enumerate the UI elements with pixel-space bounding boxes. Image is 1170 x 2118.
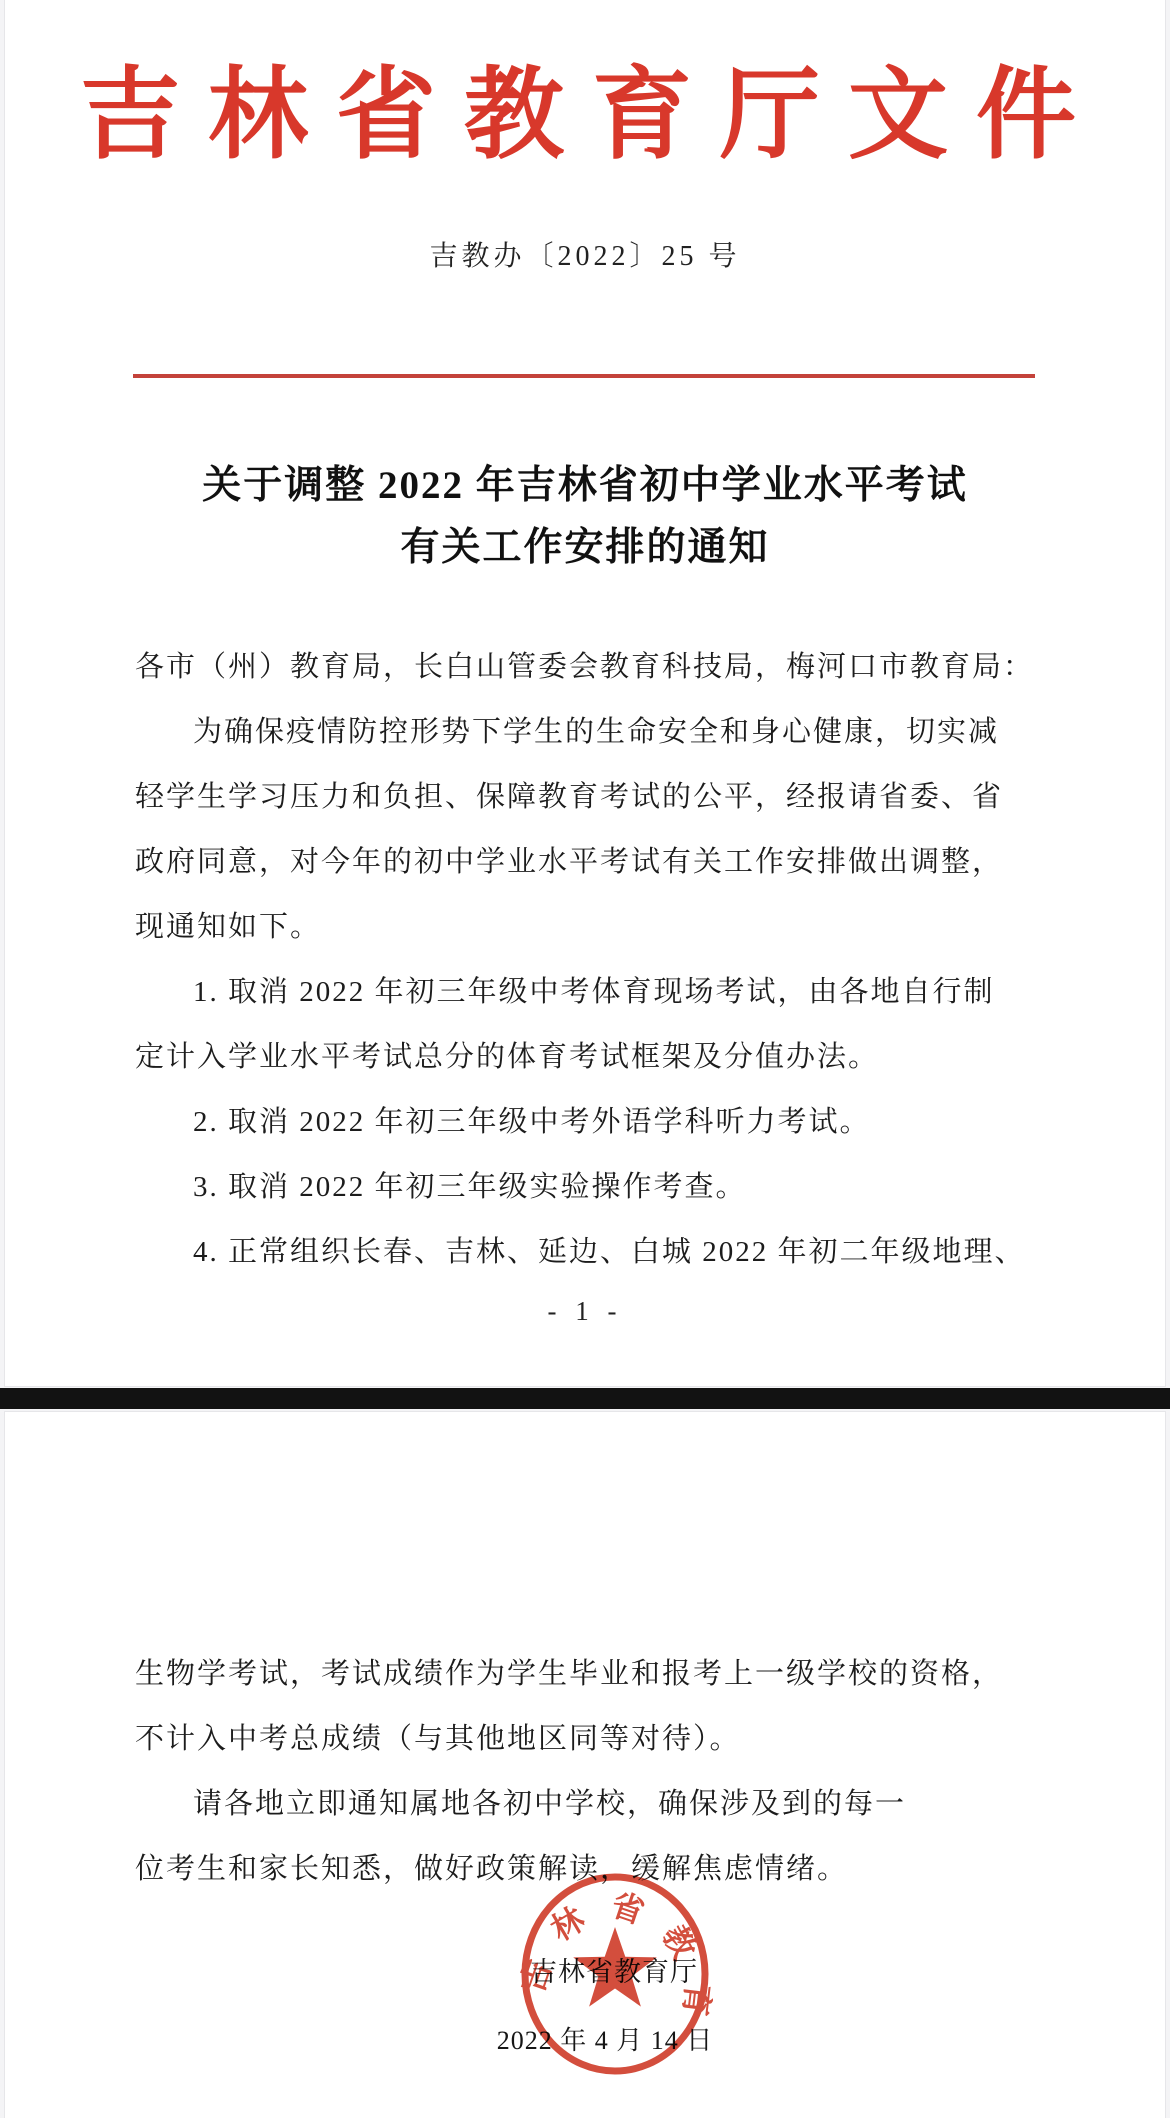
page-number: - 1 - [5, 1296, 1165, 1327]
body-line: 3. 取消 2022 年初三年级实验操作考查。 [135, 1155, 1040, 1220]
page-separator-band [0, 1388, 1170, 1409]
body-line: 生物学考试，考试成绩作为学生毕业和报考上一级学校的资格， [135, 1642, 1040, 1707]
body-line: 各市（州）教育局，长白山管委会教育科技局，梅河口市教育局： [135, 635, 1040, 700]
body-line: 不计入中考总成绩（与其他地区同等对待）。 [135, 1707, 1040, 1772]
seal-star [573, 1927, 657, 2007]
body-line: 4. 正常组织长春、吉林、延边、白城 2022 年初二年级地理、 [135, 1220, 1040, 1285]
body-line: 为确保疫情防控形势下学生的生命安全和身心健康，切实减 [135, 700, 1040, 765]
body-line: 现通知如下。 [135, 895, 1040, 960]
document-title-line1: 关于调整 2022 年吉林省初中学业水平考试 [5, 455, 1165, 517]
body-line: 请各地立即通知属地各初中学校，确保涉及到的每一 [135, 1772, 1040, 1837]
document-title-line2: 有关工作安排的通知 [5, 517, 1165, 579]
body-line: 1. 取消 2022 年初三年级中考体育现场考试，由各地自行制 [135, 960, 1040, 1025]
body-line: 轻学生学习压力和负担、保障教育考试的公平，经报请省委、省 [135, 765, 1040, 830]
page1-body: 各市（州）教育局，长白山管委会教育科技局，梅河口市教育局： 为确保疫情防控形势下… [135, 635, 1040, 1285]
agency-letterhead: 吉林省教育厅文件 [5, 58, 1165, 174]
body-line: 政府同意，对今年的初中学业水平考试有关工作安排做出调整， [135, 830, 1040, 895]
page-1: 吉林省教育厅文件 吉教办〔2022〕25 号 关于调整 2022 年吉林省初中学… [5, 0, 1165, 1386]
document-number: 吉教办〔2022〕25 号 [5, 234, 1165, 274]
body-line: 定计入学业水平考试总分的体育考试框架及分值办法。 [135, 1025, 1040, 1090]
official-seal: 吉林省教育厅 [517, 1870, 713, 2078]
document-title: 关于调整 2022 年吉林省初中学业水平考试 有关工作安排的通知 [5, 455, 1165, 579]
body-line: 2. 取消 2022 年初三年级中考外语学科听力考试。 [135, 1090, 1040, 1155]
page2-body: 生物学考试，考试成绩作为学生毕业和报考上一级学校的资格， 不计入中考总成绩（与其… [135, 1642, 1040, 1902]
page-2: 生物学考试，考试成绩作为学生毕业和报考上一级学校的资格， 不计入中考总成绩（与其… [5, 1412, 1165, 2118]
red-divider-line [133, 374, 1035, 378]
scanned-document-viewer: 吉林省教育厅文件 吉教办〔2022〕25 号 关于调整 2022 年吉林省初中学… [0, 0, 1170, 2118]
